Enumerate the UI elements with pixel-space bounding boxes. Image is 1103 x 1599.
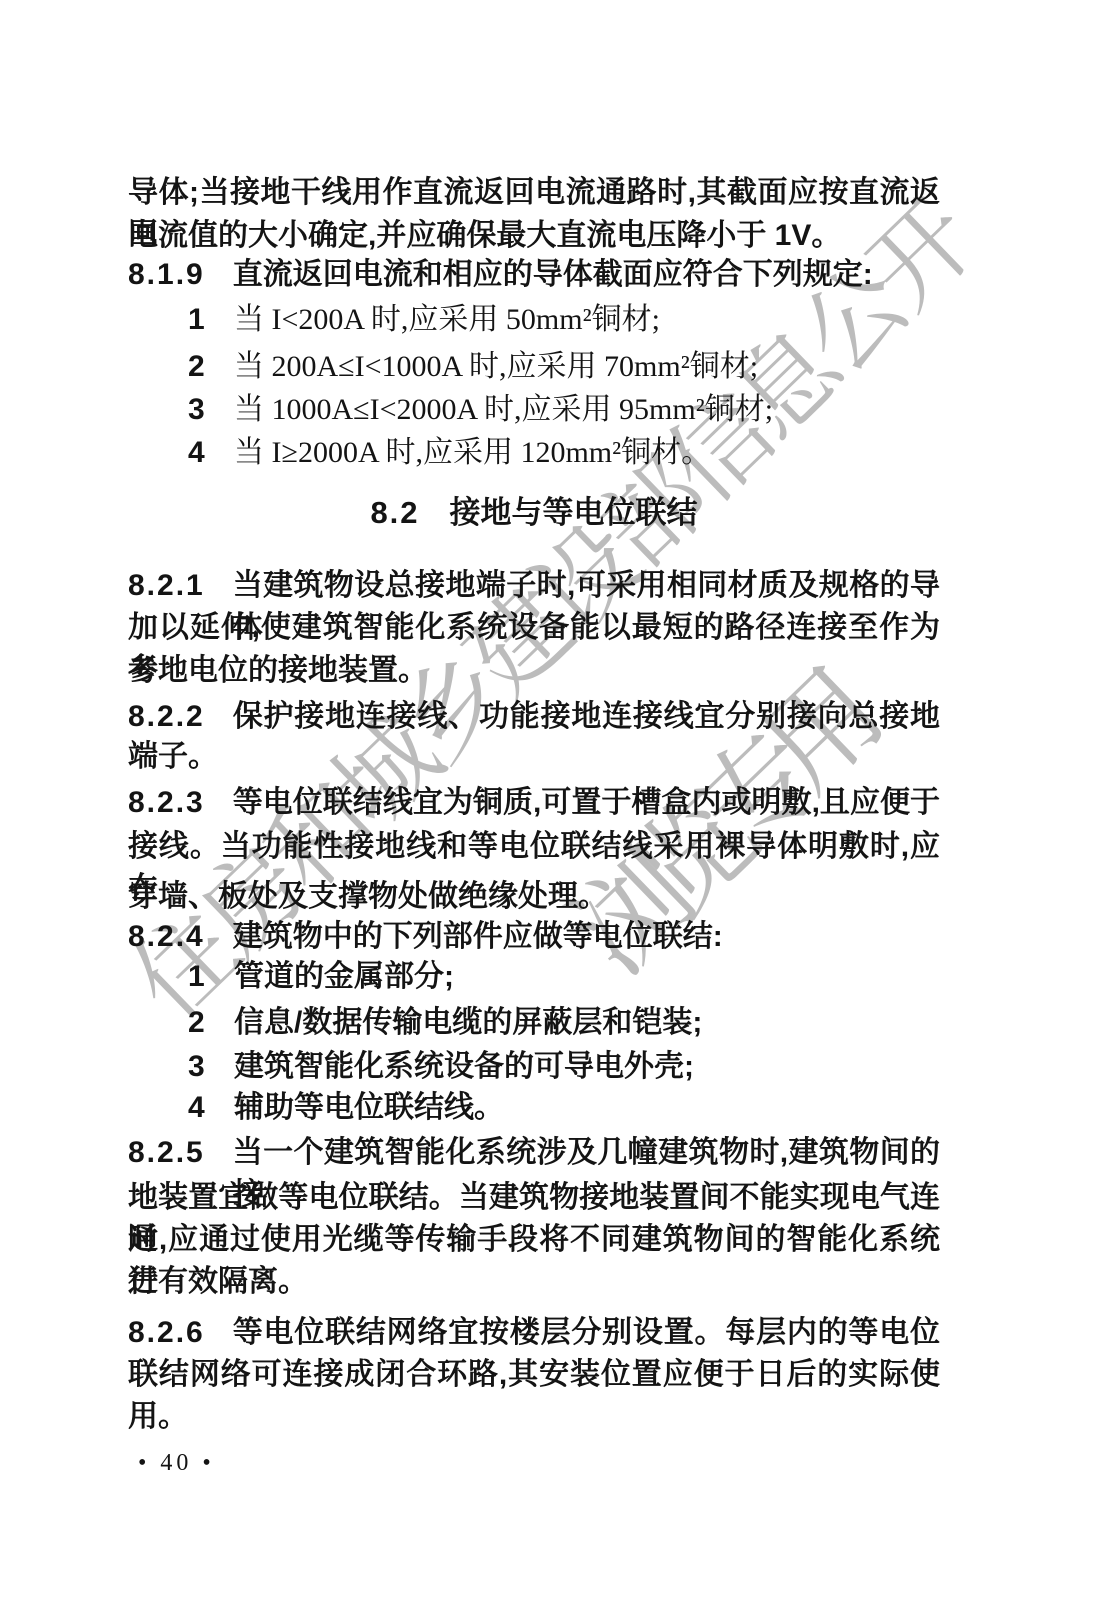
- clause-number: 8.2.5: [128, 1132, 205, 1174]
- page-content: 导体;当接地干线用作直流返回电流通路时,其截面应按直流返回 电流值的大小确定,并…: [0, 0, 1103, 1599]
- body-line: 导体;当接地干线用作直流返回电流通路时,其截面应按直流返回: [128, 172, 940, 214]
- list-item-text: 当 200A≤I<1000A 时,应采用 70mm²铜材;: [234, 346, 758, 388]
- clause-text: 等电位联结线宜为铜质,可置于槽盒内或明敷,且应便于: [233, 782, 940, 824]
- list-item: 1 管道的金属部分;: [128, 956, 940, 998]
- section-title: 接地与等电位联结: [450, 495, 698, 530]
- list-item-text: 辅助等电位联结线。: [234, 1087, 504, 1129]
- list-item-text: 当 I<200A 时,应采用 50mm²铜材;: [234, 299, 660, 341]
- clause-number: 8.2.3: [128, 782, 205, 824]
- list-item: 2 信息/数据传输电缆的屏蔽层和铠装;: [128, 1002, 940, 1044]
- list-item-text: 当 1000A≤I<2000A 时,应采用 95mm²铜材;: [234, 389, 773, 431]
- body-line: 行有效隔离。: [128, 1261, 940, 1303]
- list-item-text: 建筑智能化系统设备的可导电外壳;: [234, 1046, 694, 1088]
- clause-text: 建筑物中的下列部件应做等电位联结:: [233, 916, 940, 958]
- clause-8-2-4: 8.2.4 建筑物中的下列部件应做等电位联结:: [128, 916, 940, 958]
- list-item-text: 当 I≥2000A 时,应采用 120mm²铜材。: [234, 432, 711, 474]
- list-item-number: 3: [188, 389, 206, 431]
- list-item: 2 当 200A≤I<1000A 时,应采用 70mm²铜材;: [128, 346, 940, 388]
- clause-number: 8.1.9: [128, 254, 205, 296]
- clause-number: 8.2.4: [128, 916, 205, 958]
- clause-8-2-1: 8.2.1 当建筑物设总接地端子时,可采用相同材质及规格的导体: [128, 565, 940, 607]
- body-line: 时,应通过使用光缆等传输手段将不同建筑物间的智能化系统进: [128, 1219, 940, 1261]
- body-line: 穿墙、板处及支撑物处做绝缘处理。: [128, 876, 940, 918]
- body-line: 联结网络可连接成闭合环路,其安装位置应便于日后的实际使: [128, 1354, 940, 1396]
- body-line: 用。: [128, 1396, 940, 1438]
- list-item-number: 1: [188, 956, 206, 998]
- scanned-standard-page: 住房和城乡建设部信息公开 浏览专用 导体;当接地干线用作直流返回电流通路时,其截…: [0, 0, 1103, 1599]
- list-item: 4 当 I≥2000A 时,应采用 120mm²铜材。: [128, 432, 940, 474]
- clause-number: 8.2.6: [128, 1312, 205, 1354]
- section-heading: 8.2接地与等电位联结: [128, 492, 940, 534]
- clause-text: 等电位联结网络宜按楼层分别设置。每层内的等电位: [233, 1312, 940, 1354]
- page-number: • 40 •: [138, 1448, 215, 1478]
- list-item: 4 辅助等电位联结线。: [128, 1087, 940, 1129]
- clause-8-1-9: 8.1.9 直流返回电流和相应的导体截面应符合下列规定:: [128, 254, 940, 296]
- clause-number: 8.2.2: [128, 696, 205, 738]
- clause-8-2-5: 8.2.5 当一个建筑智能化系统涉及几幢建筑物时,建筑物间的接: [128, 1132, 940, 1174]
- list-item-number: 2: [188, 346, 206, 388]
- clause-text: 保护接地连接线、功能接地连接线宜分别接向总接地: [233, 696, 940, 738]
- list-item: 1 当 I<200A 时,应采用 50mm²铜材;: [128, 299, 940, 341]
- clause-8-2-6: 8.2.6 等电位联结网络宜按楼层分别设置。每层内的等电位: [128, 1312, 940, 1354]
- body-line: 端子。: [128, 736, 940, 778]
- list-item-number: 1: [188, 299, 206, 341]
- section-number: 8.2: [370, 495, 419, 530]
- list-item-number: 4: [188, 1087, 206, 1129]
- clause-text: 当建筑物设总接地端子时,可采用相同材质及规格的导体: [233, 565, 940, 607]
- body-line: 考地电位的接地装置。: [128, 650, 940, 692]
- clause-8-2-2: 8.2.2 保护接地连接线、功能接地连接线宜分别接向总接地: [128, 696, 940, 738]
- list-item: 3 建筑智能化系统设备的可导电外壳;: [128, 1046, 940, 1088]
- list-item-number: 2: [188, 1002, 206, 1044]
- body-line: 接线。当功能性接地线和等电位联结线采用裸导体明敷时,应在: [128, 826, 940, 868]
- body-line: 加以延伸,使建筑智能化系统设备能以最短的路径连接至作为参: [128, 607, 940, 649]
- clause-text: 当一个建筑智能化系统涉及几幢建筑物时,建筑物间的接: [233, 1132, 940, 1174]
- clause-number: 8.2.1: [128, 565, 205, 607]
- list-item-text: 管道的金属部分;: [234, 956, 454, 998]
- list-item: 3 当 1000A≤I<2000A 时,应采用 95mm²铜材;: [128, 389, 940, 431]
- clause-8-2-3: 8.2.3 等电位联结线宜为铜质,可置于槽盒内或明敷,且应便于: [128, 782, 940, 824]
- body-line: 电流值的大小确定,并应确保最大直流电压降小于 1V。: [128, 215, 940, 257]
- list-item-text: 信息/数据传输电缆的屏蔽层和铠装;: [234, 1002, 702, 1044]
- list-item-number: 3: [188, 1046, 206, 1088]
- body-line: 地装置宜做等电位联结。当建筑物接地装置间不能实现电气连通: [128, 1177, 940, 1219]
- clause-text: 直流返回电流和相应的导体截面应符合下列规定:: [233, 254, 940, 296]
- list-item-number: 4: [188, 432, 206, 474]
